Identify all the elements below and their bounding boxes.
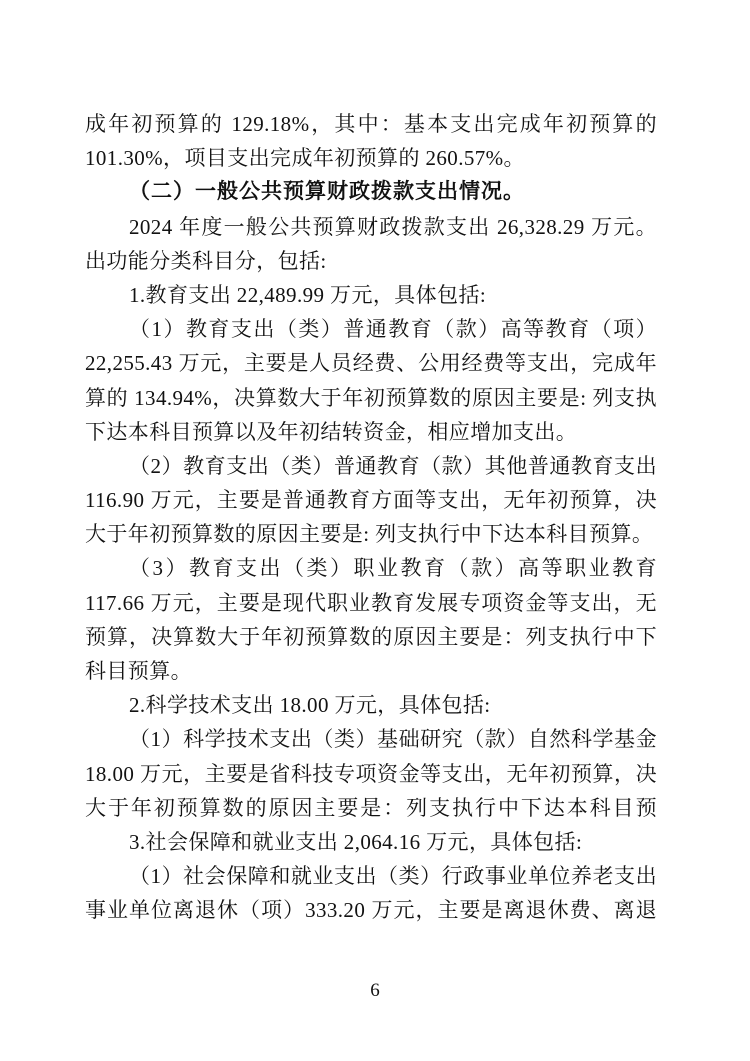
text-line: 117.66 万元，主要是现代职业教育发展专项资金等支出，无年初 — [85, 586, 657, 620]
page-number: 6 — [0, 978, 750, 1004]
text-line: 下达本科目预算以及年初结转资金，相应增加支出。 — [85, 415, 657, 449]
text-line: 22,255.43 万元，主要是人员经费、公用经费等支出，完成年初预 — [85, 346, 657, 380]
text-line: （1）教育支出（类）普通教育（款）高等教育（项） — [85, 312, 657, 346]
text-line: 2.科学技术支出 18.00 万元，具体包括: — [85, 688, 657, 722]
document-body: 成年初预算的 129.18%，其中：基本支出完成年初预算的101.30%，项目支… — [85, 107, 657, 928]
text-line: 116.90 万元，主要是普通教育方面等支出，无年初预算，决算数 — [85, 483, 657, 517]
text-line: 事业单位离退休（项）333.20 万元，主要是离退休费、离退休公 — [85, 893, 657, 927]
text-line: 成年初预算的 129.18%，其中：基本支出完成年初预算的 — [85, 107, 657, 141]
text-line: 3.社会保障和就业支出 2,064.16 万元，具体包括: — [85, 825, 657, 859]
text-line: 大于年初预算数的原因主要是: 列支执行中下达本科目预算。 — [85, 517, 657, 551]
document-page: 成年初预算的 129.18%，其中：基本支出完成年初预算的101.30%，项目支… — [0, 0, 750, 1061]
text-line: 科目预算。 — [85, 654, 657, 688]
text-line: （1）科学技术支出（类）基础研究（款）自然科学基金（项） — [85, 722, 657, 756]
section-heading: （二）一般公共预算财政拨款支出情况。 — [85, 175, 657, 209]
text-line: 2024 年度一般公共预算财政拨款支出 26,328.29 万元。按支 — [85, 210, 657, 244]
text-line: 出功能分类科目分，包括: — [85, 244, 657, 278]
text-line: 18.00 万元，主要是省科技专项资金等支出，无年初预算，决算数 — [85, 757, 657, 791]
text-line: 101.30%，项目支出完成年初预算的 260.57%。 — [85, 141, 657, 175]
text-line: （3）教育支出（类）职业教育（款）高等职业教育（项） — [85, 551, 657, 585]
text-line: （2）教育支出（类）普通教育（款）其他普通教育支出（项） — [85, 449, 657, 483]
text-line: 预算，决算数大于年初预算数的原因主要是：列支执行中下达本 — [85, 620, 657, 654]
text-line: 1.教育支出 22,489.99 万元，具体包括: — [85, 278, 657, 312]
text-line: 大于年初预算数的原因主要是：列支执行中下达本科目预算。 — [85, 791, 657, 825]
text-line: （1）社会保障和就业支出（类）行政事业单位养老支出（款） — [85, 859, 657, 893]
text-line: 算的 134.94%，决算数大于年初预算数的原因主要是: 列支执行中 — [85, 381, 657, 415]
